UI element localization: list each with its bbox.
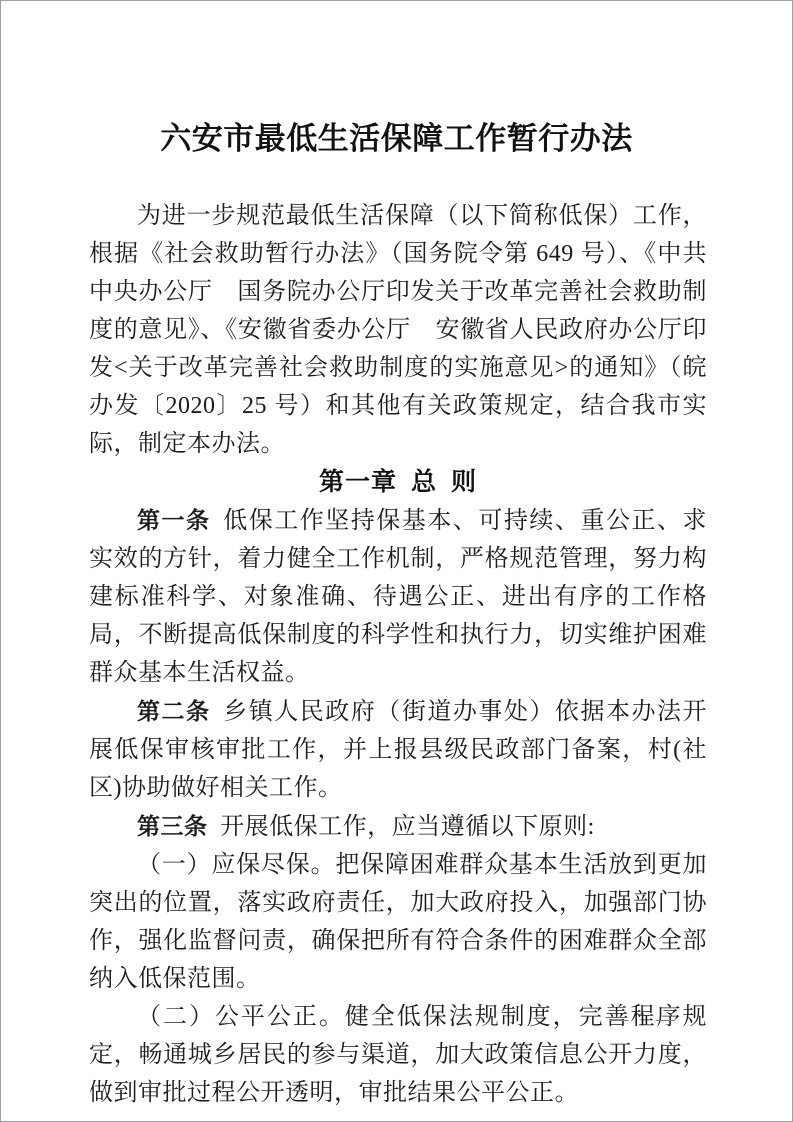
principle-1-paragraph: （一）应保尽保。把保障困难群众基本生活放到更加突出的位置，落实政府责任，加大政府… [89,846,707,998]
article-2-paragraph: 第二条乡镇人民政府（街道办事处）依据本办法开展低保审核审批工作，并上报县级民政部… [89,692,707,807]
article-2-number: 第二条 [137,698,211,724]
article-3-number: 第三条 [137,813,208,839]
intro-paragraph: 为进一步规范最低生活保障（以下简称低保）工作，根据《社会救助暂行办法》（国务院令… [89,197,707,463]
article-1-text: 低保工作坚持保基本、可持续、重公正、求实效的方针，着力健全工作机制，严格规范管理… [89,508,707,686]
footer-dash-left: — [610,1009,629,1030]
article-3-paragraph: 第三条开展低保工作，应当遵循以下原则: [89,807,707,846]
footer-dash-right: — [656,1009,675,1030]
footer-page-number: 1 [638,1009,648,1030]
article-3-text: 开展低保工作，应当遵循以下原则: [220,814,595,840]
article-1-number: 第一条 [137,507,211,533]
page-number-footer: —1— [601,1009,685,1031]
chapter-1-heading: 第一章 总 则 [89,463,707,501]
document-title: 六安市最低生活保障工作暂行办法 [1,119,792,159]
document-body: 为进一步规范最低生活保障（以下简称低保）工作，根据《社会救助暂行办法》（国务院令… [89,197,707,1112]
article-1-paragraph: 第一条低保工作坚持保基本、可持续、重公正、求实效的方针，着力健全工作机制，严格规… [89,501,707,692]
document-page: 六安市最低生活保障工作暂行办法 为进一步规范最低生活保障（以下简称低保）工作，根… [0,0,793,1122]
